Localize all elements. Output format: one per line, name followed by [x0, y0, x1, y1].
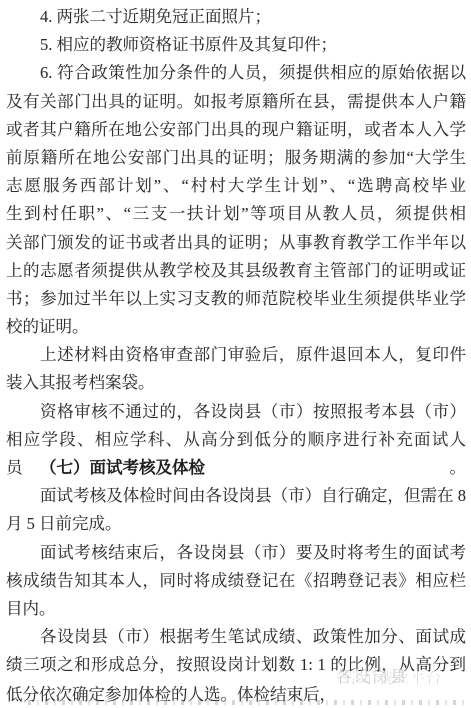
watermark-text: 学子就业平台 [346, 665, 442, 693]
text-line: 4. 两张二寸近期免冠正面照片； [6, 3, 466, 31]
text-line: 书；参加过半年以上实习支教的师范院校毕业生须提供毕业学 [6, 285, 466, 313]
document-page: 4. 两张二寸近期免冠正面照片；5. 相应的教师资格证书原件及其复印件；6. 符… [0, 0, 471, 708]
text-line: 及有关部门出具的证明。如报考原籍所在县，需提供本人户籍 [6, 88, 466, 116]
text-line: 校的证明。 [6, 313, 466, 341]
text-line: 相应学段、相应学科、从高分到低分的顺序进行补充面试人员。 [6, 426, 466, 454]
text-line: 前原籍所在地公安部门出具的证明；服务期满的参加“大学生 [6, 144, 466, 172]
clipped-text-fragments [28, 700, 464, 705]
text-line: 月 5 日前完成。 [6, 510, 466, 538]
text-line: 核成绩告知其本人，同时将成绩登记在《招聘登记表》相应栏 [6, 567, 466, 595]
text-line: 或者其户籍所在地公安部门出具的现户籍证明，或者本人入学 [6, 116, 466, 144]
text-line: 资格审核不通过的，各设岗县（市）按照报考本县（市） [6, 398, 466, 426]
text-line: 生到村任职”、“三支一扶计划”等项目从教人员，须提供相 [6, 200, 466, 228]
text-line: 各设岗县（市）根据考生笔试成绩、政策性加分、面试成 [6, 623, 466, 651]
text-line: 5. 相应的教师资格证书原件及其复印件； [6, 31, 466, 59]
text-line: 目内。 [6, 595, 466, 623]
text-line: 志愿服务西部计划”、“村村大学生计划”、“选聘高校毕业 [6, 172, 466, 200]
text-line: 上的志愿者须提供从教学校及其县级教育主管部门的证明或证 [6, 257, 466, 285]
text-line: 装入其报考档案袋。 [6, 369, 466, 397]
text-line: 上述材料由资格审查部门审验后，原件退回本人，复印件 [6, 341, 466, 369]
text-line: 关部门颁发的证书或者出具的证明；从事教育教学工作半年以 [6, 229, 466, 257]
document-body: 4. 两张二寸近期免冠正面照片；5. 相应的教师资格证书原件及其复印件；6. 符… [6, 3, 466, 708]
text-line: 6. 符合政策性加分条件的人员，须提供相应的原始依据以 [6, 59, 466, 87]
text-line: 面试考核及体检时间由各设岗县（市）自行确定，但需在 8 [6, 482, 466, 510]
text-line: 面试考核结束后，各设岗县（市）要及时将考生的面试考 [6, 539, 466, 567]
faint-text-overlap: 各设岗县学子就业平台 [336, 680, 464, 700]
